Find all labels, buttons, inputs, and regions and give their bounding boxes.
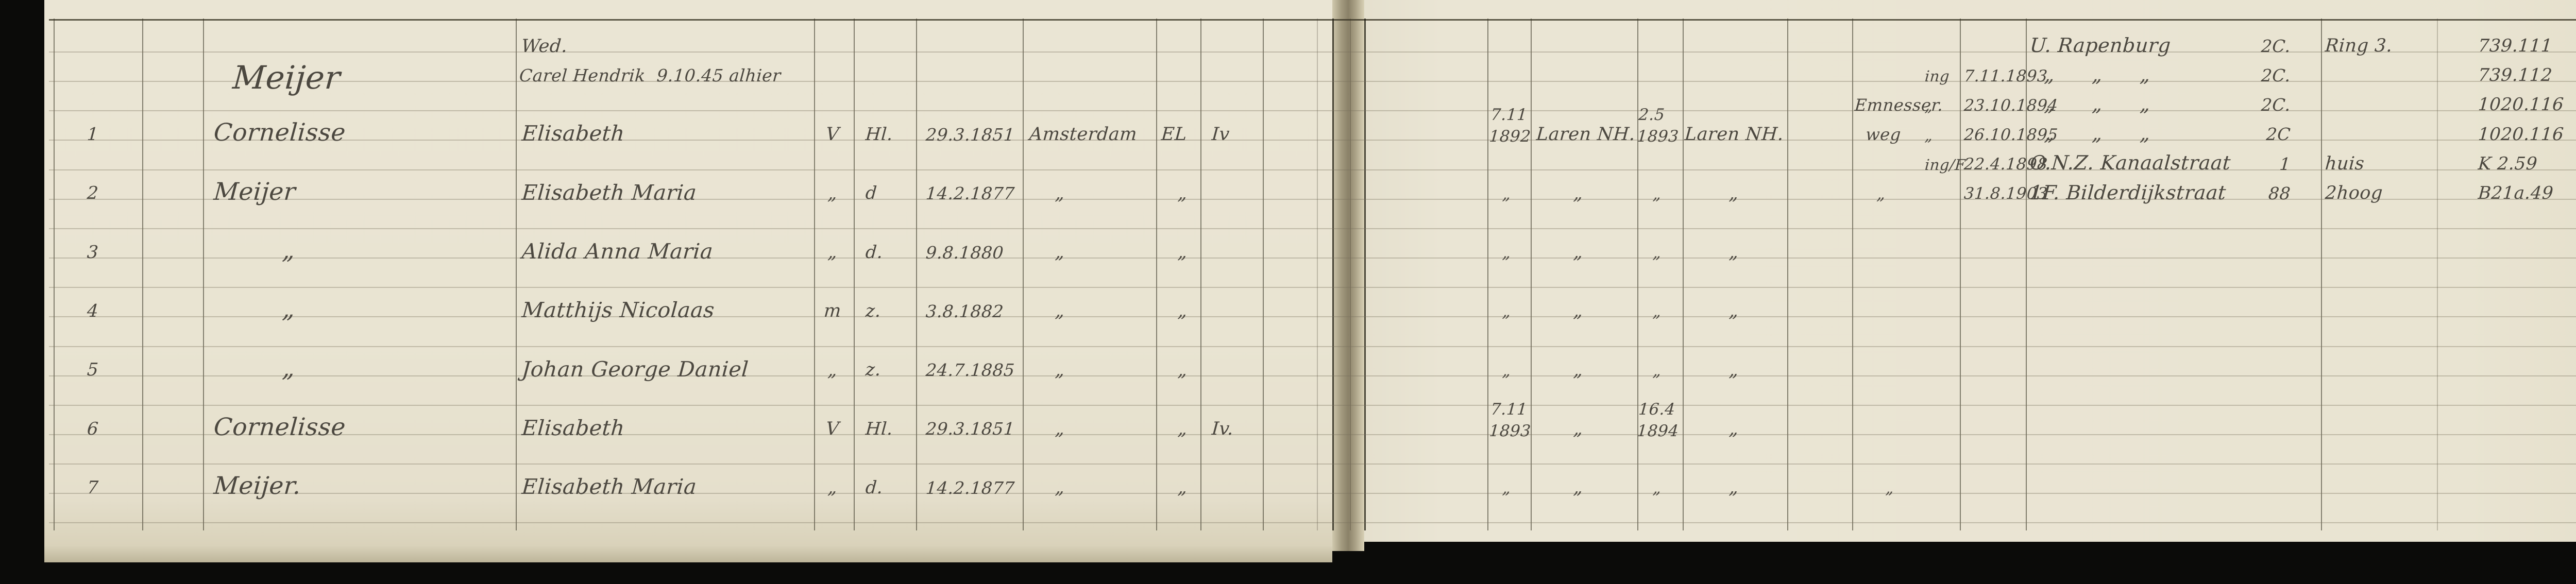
person-cell-birth-date: 14.2.1877	[925, 185, 1015, 203]
horizontal-rule	[49, 257, 2576, 259]
person-cell-no: 2	[61, 184, 124, 203]
address-cell-position: huis	[2325, 154, 2365, 174]
person-cell-register: Iv	[1211, 125, 1230, 144]
column-line	[1487, 19, 1488, 530]
person-cell-sex: „	[818, 243, 848, 262]
person-cell-in-place: „	[1573, 184, 1584, 203]
column-line	[1317, 19, 1318, 530]
person-cell-religion: „	[1177, 302, 1188, 321]
table-top-rule	[49, 19, 2576, 21]
person-cell-birth-date: 24.7.1885	[925, 362, 1015, 380]
horizontal-rule	[49, 51, 2576, 53]
person-cell-in-date: „	[1502, 186, 1512, 203]
column-line	[2026, 19, 2027, 530]
column-line	[2437, 19, 2438, 530]
person-cell-surname: „	[281, 297, 296, 322]
address-cell-street: 1F. Bilderdijkstraat	[2029, 183, 2227, 203]
address-cell-left-note: „	[1854, 185, 1886, 203]
address-cell-street: U. Rapenburg	[2029, 36, 2172, 56]
person-cell-no: 4	[61, 302, 124, 321]
column-line	[1156, 19, 1157, 530]
person-cell-out-place: „	[1728, 243, 1739, 262]
address-cell-street: „ „ „	[2044, 124, 2151, 144]
person-cell-relation: Hl.	[865, 126, 893, 144]
person-cell-sex: „	[818, 184, 848, 203]
person-cell-surname: „	[281, 356, 296, 381]
address-cell-position: 2hoog	[2325, 184, 2383, 203]
address-cell-number: 2C.	[2230, 96, 2291, 114]
column-line	[142, 19, 143, 530]
person-cell-out-place: „	[1728, 302, 1739, 321]
person-cell-sex: „	[818, 478, 848, 497]
column-line	[1200, 19, 1201, 530]
person-cell-out-date: „	[1652, 480, 1662, 497]
person-cell-birth-date: 29.3.1851	[925, 420, 1015, 438]
person-cell-religion: „	[1177, 243, 1188, 262]
person-cell-in-place: Laren NH.	[1536, 125, 1636, 144]
column-line	[516, 19, 517, 530]
column-line	[1350, 19, 1351, 530]
person-cell-religion: „	[1177, 420, 1188, 439]
horizontal-rule	[49, 110, 2576, 111]
person-cell-in-place: „	[1573, 361, 1584, 380]
address-cell-ing: „	[1924, 128, 1934, 143]
person-cell-surname: Cornelisse	[213, 415, 346, 440]
horizontal-rule	[49, 434, 2576, 435]
person-cell-birth-date: 14.2.1877	[925, 479, 1015, 497]
person-cell-out-place: „	[1728, 478, 1739, 497]
person-cell-birth-place: „	[1055, 243, 1065, 262]
person-cell-birth-date: 9.8.1880	[925, 244, 1004, 262]
person-cell-no: 3	[61, 244, 124, 262]
person-cell-surname: Meijer	[213, 179, 296, 204]
address-cell-number: 2C.	[2230, 38, 2291, 56]
address-cell-left-note: weg	[1854, 126, 1902, 144]
address-cell-number: 2C	[2230, 126, 2291, 144]
person-cell-given: Elisabeth Maria	[521, 182, 697, 204]
column-line	[1263, 19, 1264, 530]
address-cell-number: 88	[2230, 185, 2291, 203]
person-cell-sex: m	[818, 302, 848, 321]
column-line	[203, 19, 204, 530]
person-cell-birth-place: Amsterdam	[1029, 125, 1138, 144]
register-scan: Meijer Wed. Carel Hendrik 9.10.45 alhier…	[0, 0, 2576, 584]
address-cell-index: 739.112	[2478, 66, 2553, 85]
person-cell-given: Alida Anna Maria	[521, 241, 714, 263]
person-cell-religion: „	[1177, 184, 1188, 203]
horizontal-rule	[49, 375, 2576, 376]
person-cell-out-date: 16.4 1894	[1636, 399, 1681, 442]
person-cell-relation: d.	[865, 479, 884, 497]
person-cell-in-place: „	[1573, 302, 1584, 321]
horizontal-rule	[49, 316, 2576, 317]
address-cell-index: K 2.59	[2478, 155, 2538, 174]
column-line	[1637, 19, 1638, 530]
person-cell-relation: d	[865, 184, 878, 203]
column-line	[1960, 19, 1961, 530]
person-cell-out-date: „	[1652, 363, 1662, 380]
person-cell-religion: „	[1177, 361, 1188, 380]
person-cell-surname: Meijer.	[213, 473, 302, 499]
person-cell-surname: „	[281, 238, 296, 263]
family-spouse-note: Carel Hendrik 9.10.45 alhier	[519, 67, 782, 85]
address-cell-index: 1020.116	[2478, 126, 2565, 144]
person-cell-birth-date: 29.3.1851	[925, 126, 1015, 144]
family-status: Wed.	[521, 37, 568, 56]
address-cell-date: 7.11.1893	[1963, 68, 2048, 85]
person-cell-no: 1	[61, 126, 124, 144]
horizontal-rule	[49, 346, 2576, 347]
horizontal-rule	[49, 287, 2576, 288]
person-cell-in-date: „	[1502, 303, 1512, 320]
person-cell-relation: d.	[865, 244, 884, 262]
address-cell-index: 739.111	[2478, 37, 2553, 56]
person-cell-in-date: „	[1502, 480, 1512, 497]
person-cell-religion: EL	[1161, 125, 1188, 144]
address-cell-ing: „	[1924, 98, 1934, 114]
column-line	[1683, 19, 1684, 530]
horizontal-rule	[49, 140, 2576, 141]
person-cell-no: 6	[61, 420, 124, 439]
person-cell-out-date: „	[1652, 245, 1662, 262]
column-line	[1852, 19, 1853, 530]
address-cell-position: Ring 3.	[2325, 37, 2393, 56]
horizontal-rule	[49, 463, 2576, 465]
person-cell-out-place: Laren NH.	[1684, 125, 1785, 144]
person-cell-register: Iv.	[1211, 420, 1234, 439]
person-cell-birth-date: 3.8.1882	[925, 303, 1004, 321]
address-cell-ing: ing/F	[1924, 157, 1966, 173]
address-cell-street: „ „ „	[2044, 94, 2151, 115]
person-cell-out-place: „	[1728, 420, 1739, 439]
person-cell-in-place: „	[1573, 243, 1584, 262]
horizontal-rule	[49, 405, 2576, 406]
person-cell-given: Elisabeth	[521, 417, 625, 439]
person-cell-out-date: „	[1652, 186, 1662, 203]
book-fold	[1332, 0, 1364, 551]
person-cell-birth-place: „	[1055, 420, 1065, 439]
person-cell-relation: Hl.	[865, 420, 893, 439]
person-cell-birth-place: „	[1055, 361, 1065, 380]
person-cell-in-place: „	[1573, 420, 1584, 439]
column-line	[916, 19, 917, 530]
column-line	[2321, 19, 2322, 530]
person-cell-given: Johan George Daniel	[521, 358, 749, 381]
address-cell-number: 1	[2230, 156, 2291, 174]
family-surname-header: Meijer	[232, 61, 342, 94]
person-cell-in-date: 7.11 1893	[1488, 399, 1533, 442]
column-line	[1332, 19, 1334, 530]
horizontal-rule	[49, 493, 2576, 494]
column-line	[1531, 19, 1532, 530]
person-cell-birth-place: „	[1055, 478, 1065, 497]
column-line	[54, 19, 55, 530]
person-cell-note: „	[1885, 480, 1894, 497]
column-line	[1023, 19, 1024, 530]
address-cell-number: 2C.	[2230, 67, 2291, 85]
person-cell-sex: „	[818, 361, 848, 380]
person-cell-religion: „	[1177, 478, 1188, 497]
column-line	[1787, 19, 1788, 530]
person-cell-out-place: „	[1728, 184, 1739, 203]
person-cell-in-date: 7.11 1892	[1488, 104, 1533, 147]
person-cell-no: 7	[61, 479, 124, 497]
person-cell-surname: Cornelisse	[213, 120, 346, 145]
person-cell-relation: z.	[865, 302, 882, 321]
address-cell-index: 1020.116	[2478, 96, 2565, 114]
person-cell-in-date: „	[1502, 245, 1512, 262]
horizontal-rule	[49, 228, 2576, 229]
address-cell-index: B21a.49	[2478, 184, 2554, 203]
person-cell-out-date: „	[1652, 303, 1662, 320]
person-cell-in-date: „	[1502, 363, 1512, 380]
person-cell-birth-place: „	[1055, 302, 1065, 321]
person-cell-in-place: „	[1573, 478, 1584, 497]
address-cell-street: „ „ „	[2044, 65, 2151, 85]
person-cell-given: Matthijs Nicolaas	[521, 299, 715, 321]
address-cell-street: O.N.Z. Kanaalstraat	[2029, 153, 2232, 174]
person-cell-given: Elisabeth Maria	[521, 476, 697, 498]
horizontal-rule	[49, 522, 2576, 523]
person-cell-out-date: 2.5 1893	[1636, 104, 1681, 147]
column-line	[1364, 19, 1366, 530]
person-cell-relation: z.	[865, 361, 882, 380]
person-cell-out-place: „	[1728, 361, 1739, 380]
person-cell-given: Elisabeth	[521, 123, 625, 145]
column-line	[814, 19, 815, 530]
person-cell-birth-place: „	[1055, 184, 1065, 203]
person-cell-sex: V	[818, 125, 848, 144]
address-cell-ing: ing	[1924, 68, 1950, 84]
column-line	[854, 19, 855, 530]
horizontal-rule	[49, 81, 2576, 82]
person-cell-no: 5	[61, 361, 124, 380]
person-cell-sex: V	[818, 420, 848, 439]
